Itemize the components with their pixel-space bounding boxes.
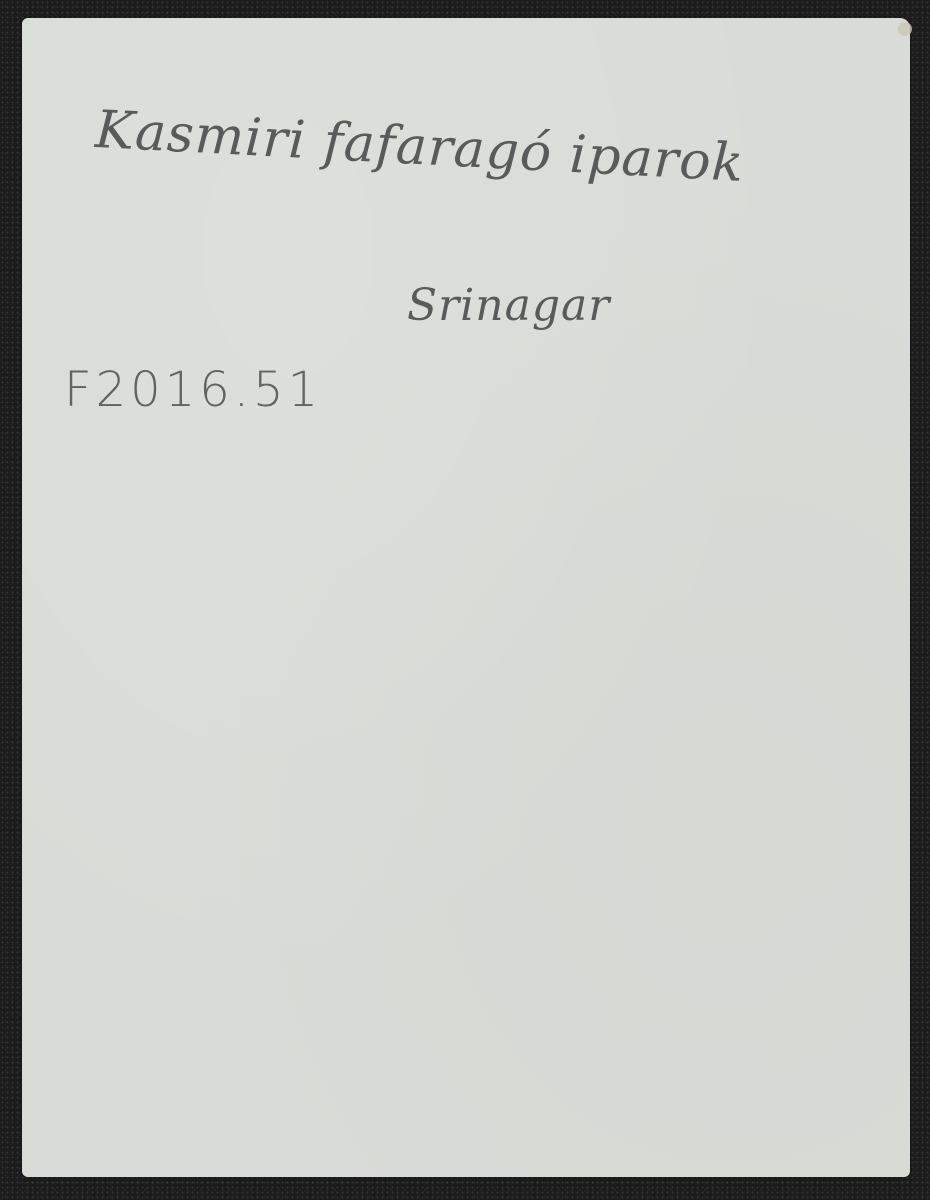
- accession-number: F2016.51: [64, 362, 322, 418]
- handwritten-caption: Kasmiri fafaragó iparok: [94, 100, 746, 194]
- corner-wear-mark: [898, 22, 912, 36]
- handwritten-place: Srinagar: [407, 280, 610, 331]
- photo-card-back: Kasmiri fafaragó iparok Srinagar F2016.5…: [22, 18, 910, 1177]
